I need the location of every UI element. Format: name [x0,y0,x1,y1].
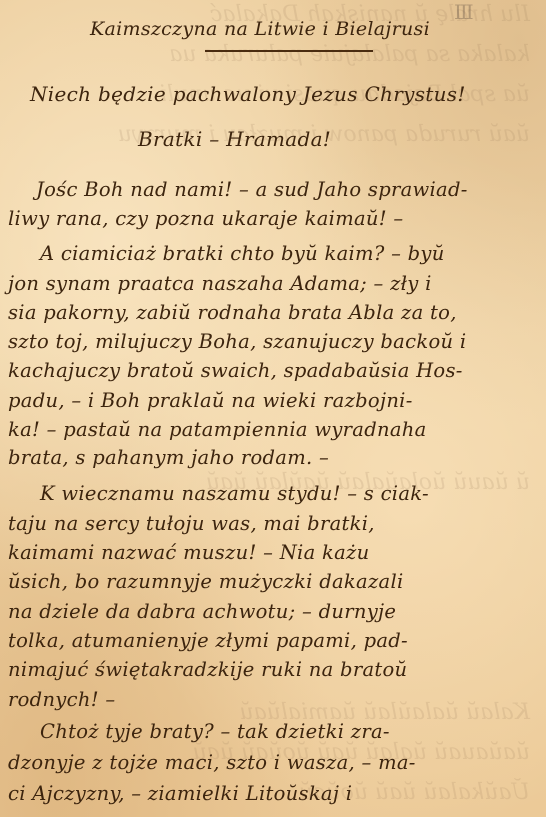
text-line: padu, – i Boh praklaŭ na wieki razbojni- [8,389,413,412]
page-number-mark: III [454,0,472,24]
text-line: ci Ajczyzny, – ziamielki Litoŭskaj i [8,782,352,805]
text-line: Jośc Boh nad nami! – a sud Jaho sprawiad… [36,178,468,201]
text-line: kaimami nazwać muszu! – Nia każu [8,541,370,564]
text-line: na dziele da dabra achwotu; – durnyje [8,600,396,623]
address-line: Bratki – Hramada! [138,127,331,151]
text-line: jon synam praatca naszaha Adama; – zły i [8,272,432,295]
text-line: ka! – pastaŭ na patampiennia wyradnaha [8,418,427,441]
text-line: nimajuć świętakradzkije ruki na bratoŭ [8,658,407,681]
title-underline [205,50,373,52]
text-line: brata, s pahanym jaho rodam. – [8,446,329,469]
document-title: Kaimszczyna na Litwie i Bielajrusi [90,18,430,40]
greeting-line: Niech będzie pachwalony Jezus Chrystus! [30,82,466,106]
text-line: Chtoż tyje braty? – tak dzietki zra- [40,720,390,743]
text-line: tolka, atumanienyje złymi papami, pad- [8,629,408,652]
text-line: K wiecznamu naszamu stydu! – s ciak- [40,482,429,505]
text-line: sia pakorny, zabiŭ rodnaha brata Abla za… [8,301,457,324]
text-line: dzonyje z tojże maci, szto i wasza, – ma… [8,751,416,774]
text-line: szto toj, milujuczy Boha, szanujuczy bac… [8,330,466,353]
text-line: ŭsich, bo razumnyje mużyczki dakazali [8,570,404,593]
text-line: kachajuczy bratoŭ swaich, spadabaŭsia Ho… [8,359,463,382]
text-line: A ciamiciaż bratki chto byŭ kaim? – byŭ [40,242,445,265]
manuscript-page: Ilu hralę ŭ naniskah Dakalać kalaka sa p… [0,0,546,817]
text-line: rodnych! – [8,688,115,711]
text-line: taju na sercy tułoju was, mai bratki, [8,512,375,535]
bleed-line: kalaka sa palalajuie paluruka ua [30,42,530,67]
text-line: liwy rana, czy pozna ukaraje kaimaŭ! – [8,207,403,230]
